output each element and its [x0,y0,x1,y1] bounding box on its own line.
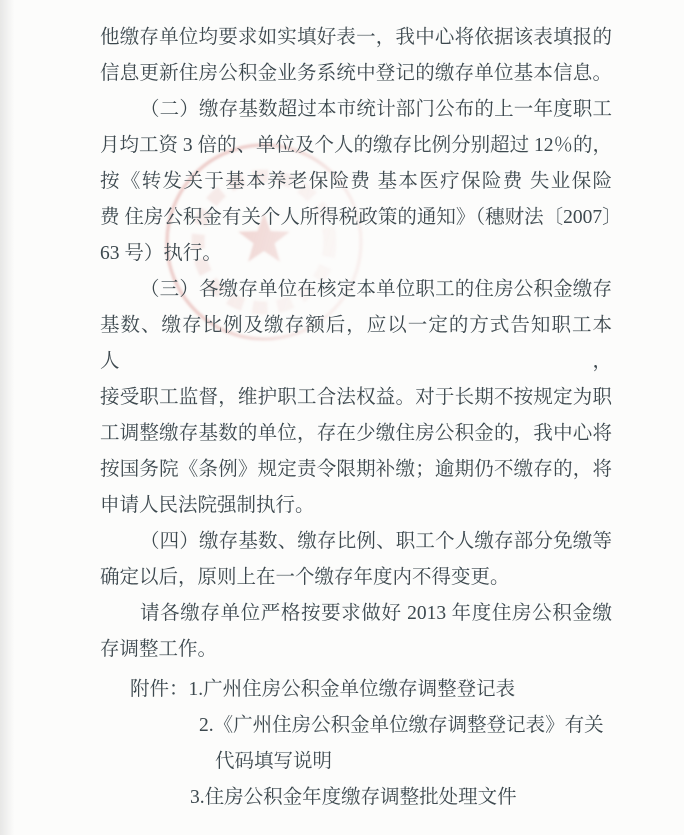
text-line: 工调整缴存基数的单位，存在少缴住房公积金的，我中心将 [100,416,612,452]
text-line: 费 住房公积金有关个人所得税政策的通知》（穗财法〔2007〕 [100,200,612,236]
text-line-section-2: （二）缴存基数超过本市统计部门公布的上一年度职工 [100,92,612,128]
attachment-item-2: 2.《广州住房公积金单位缴存调整登记表》有关 [130,708,630,744]
text-line: 按《转发关于基本养老保险费 基本医疗保险费 失业保险 [100,164,612,200]
text-line: 确定以后，原则上在一个缴存年度内不得变更。 [100,560,612,596]
text-line: 63 号）执行。 [100,236,612,272]
attachment-item-1: 附件：1.广州住房公积金单位缴存调整登记表 [130,672,630,708]
page-edge-shadow [0,0,16,835]
attachment-item-2-continuation: 代码填写说明 [130,744,630,780]
text-line: 基数、缴存比例及缴存额后，应以一定的方式告知职工本人， [100,308,612,380]
text-line: 请各缴存单位严格按要求做好 2013 年度住房公积金缴 [100,596,612,632]
attachments-block: 附件：1.广州住房公积金单位缴存调整登记表 2.《广州住房公积金单位缴存调整登记… [130,672,630,816]
attachment-item-3: 3.住房公积金年度缴存调整批处理文件 [130,780,630,816]
text-line: 按国务院《条例》规定责令限期补缴；逾期仍不缴存的，将 [100,452,612,488]
attachments-label: 附件： [130,679,189,700]
text-line: 他缴存单位均要求如实填好表一，我中心将依据该表填报的 [100,20,612,56]
text-line: 接受职工监督，维护职工合法权益。对于长期不按规定为职 [100,380,612,416]
text-line: 月均工资 3 倍的、单位及个人的缴存比例分别超过 12％的， [100,128,612,164]
attachment-item-1-text: 1.广州住房公积金单位缴存调整登记表 [189,679,516,700]
text-line: 信息更新住房公积金业务系统中登记的缴存单位基本信息。 [100,56,612,92]
text-line: 存调整工作。 [100,632,612,668]
document-page: 他缴存单位均要求如实填好表一，我中心将依据该表填报的 信息更新住房公积金业务系统… [0,0,684,835]
text-line-section-3: （三）各缴存单位在核定本单位职工的住房公积金缴存 [100,272,612,308]
document-body: 他缴存单位均要求如实填好表一，我中心将依据该表填报的 信息更新住房公积金业务系统… [100,20,612,668]
text-line-section-4: （四）缴存基数、缴存比例、职工个人缴存部分免缴等 [100,524,612,560]
text-line: 申请人民法院强制执行。 [100,488,612,524]
